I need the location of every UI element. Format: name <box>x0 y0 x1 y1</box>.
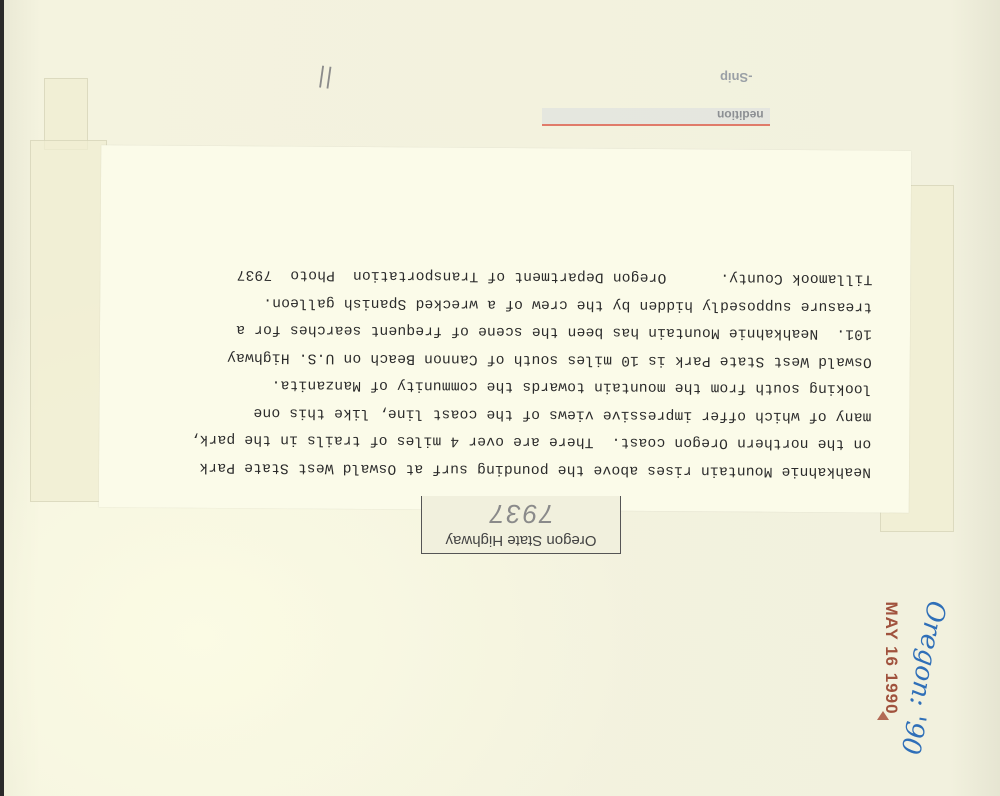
caption-line: Neahkahnie Mountain rises above the poun… <box>111 452 871 485</box>
date-stamp-arrow-icon <box>877 711 889 720</box>
caption-line: 101. Neahkahnie Mountain has been the sc… <box>112 314 872 347</box>
caption-line: looking south from the mountain towards … <box>112 369 872 402</box>
faded-label-text: -Snip <box>720 70 753 85</box>
top-label-text: nedition <box>717 108 764 122</box>
stamp-label: Oregon State Highway <box>422 532 620 549</box>
caption-text: Neahkahnie Mountain rises above the poun… <box>111 259 873 484</box>
date-stamp: MAY 16 1990 <box>878 596 902 726</box>
handwritten-note-text: Oregon: '90 <box>899 598 951 731</box>
scan-edge <box>0 0 4 796</box>
caption-line: treasure supposedly hidden by the crew o… <box>112 287 872 320</box>
oregon-state-highway-stamp: Oregon State Highway 7937 <box>421 496 621 554</box>
stamp-handwritten-number: 7937 <box>422 498 620 529</box>
caption-line: Tillamook County. Oregon Department of T… <box>112 259 872 292</box>
date-stamp-text: MAY 16 1990 <box>881 593 901 723</box>
caption-slip: Neahkahnie Mountain rises above the poun… <box>99 145 912 513</box>
top-label-strip: nedition <box>542 108 770 126</box>
caption-line: Oswald West State Park is 10 miles south… <box>112 342 872 375</box>
handwritten-note: Oregon: '90 <box>900 605 950 735</box>
tape-strip <box>30 140 107 502</box>
